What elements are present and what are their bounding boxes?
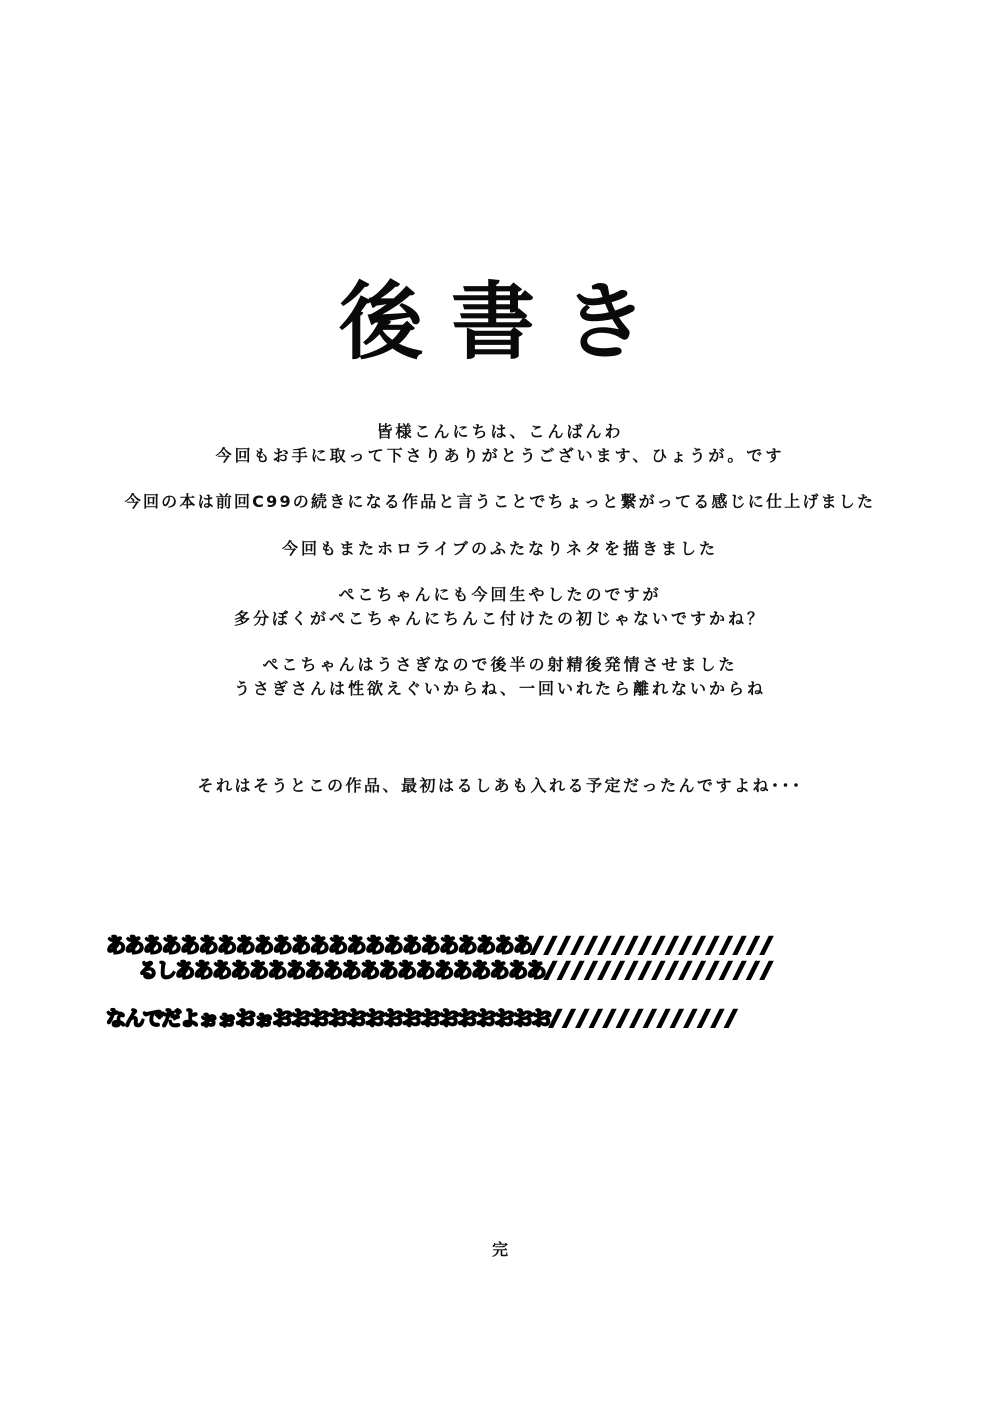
text-line: ぺこちゃんはうさぎなので後半の射精後発情させました — [0, 653, 1000, 677]
paragraph-plan: それはそうとこの作品、最初はるしあも入れる予定だったんですよね･･･ — [0, 774, 1000, 798]
end-mark: 完 — [0, 1238, 1000, 1262]
shout-line-3: なんでだよぉぉおぉおおおおおおおおおおおおおおお////////////// — [106, 1005, 741, 1031]
shout-slashes: ////////////// — [552, 1005, 741, 1031]
text-line: うさぎさんは性欲えぐいからね、一回いれたら離れないからね — [0, 677, 1000, 701]
paragraph-theme: 今回もまたホロライブのふたなりネタを描きました — [0, 537, 1000, 561]
shout-line-1: あああああああああああああああああああああああ/////////////////… — [106, 932, 777, 958]
text-line: 皆様こんにちは、こんばんわ — [0, 420, 1000, 444]
shout-text: るしああああああああああああああああああああ — [138, 957, 545, 983]
paragraph-greeting: 皆様こんにちは、こんばんわ 今回もお手に取って下さりありがとうございます、ひょう… — [0, 420, 1000, 468]
text-line: 今回もお手に取って下さりありがとうございます、ひょうが。です — [0, 444, 1000, 468]
shout-text: なんでだよぉぉおぉおおおおおおおおおおおおおおお — [106, 1005, 550, 1031]
paragraph-rabbit: ぺこちゃんはうさぎなので後半の射精後発情させました うさぎさんは性欲えぐいからね… — [0, 653, 1000, 701]
page-title: 後書き — [0, 272, 1000, 372]
shout-slashes: ////////////////// — [534, 932, 777, 958]
text-line: 今回もまたホロライブのふたなりネタを描きました — [0, 537, 1000, 561]
text-line: 多分ぼくがぺこちゃんにちんこ付けたの初じゃないですかね？ — [0, 607, 1000, 631]
paragraph-book-intro: 今回の本は前回C99の続きになる作品と言うことでちょっと繋がってる感じに仕上げま… — [0, 490, 1000, 514]
afterword-page: 後書き 皆様こんにちは、こんばんわ 今回もお手に取って下さりありがとうございます… — [0, 0, 1000, 1411]
shout-text: あああああああああああああああああああああああ — [106, 932, 532, 958]
shout-line-2: るしああああああああああああああああああああ///////////////// — [138, 957, 777, 983]
shout-slashes: ///////////////// — [547, 957, 777, 983]
paragraph-pekochan: ぺこちゃんにも今回生やしたのですが 多分ぼくがぺこちゃんにちんこ付けたの初じゃな… — [0, 583, 1000, 631]
text-line: それはそうとこの作品、最初はるしあも入れる予定だったんですよね･･･ — [0, 774, 1000, 798]
text-line: ぺこちゃんにも今回生やしたのですが — [0, 583, 1000, 607]
text-line: 今回の本は前回C99の続きになる作品と言うことでちょっと繋がってる感じに仕上げま… — [0, 490, 1000, 514]
